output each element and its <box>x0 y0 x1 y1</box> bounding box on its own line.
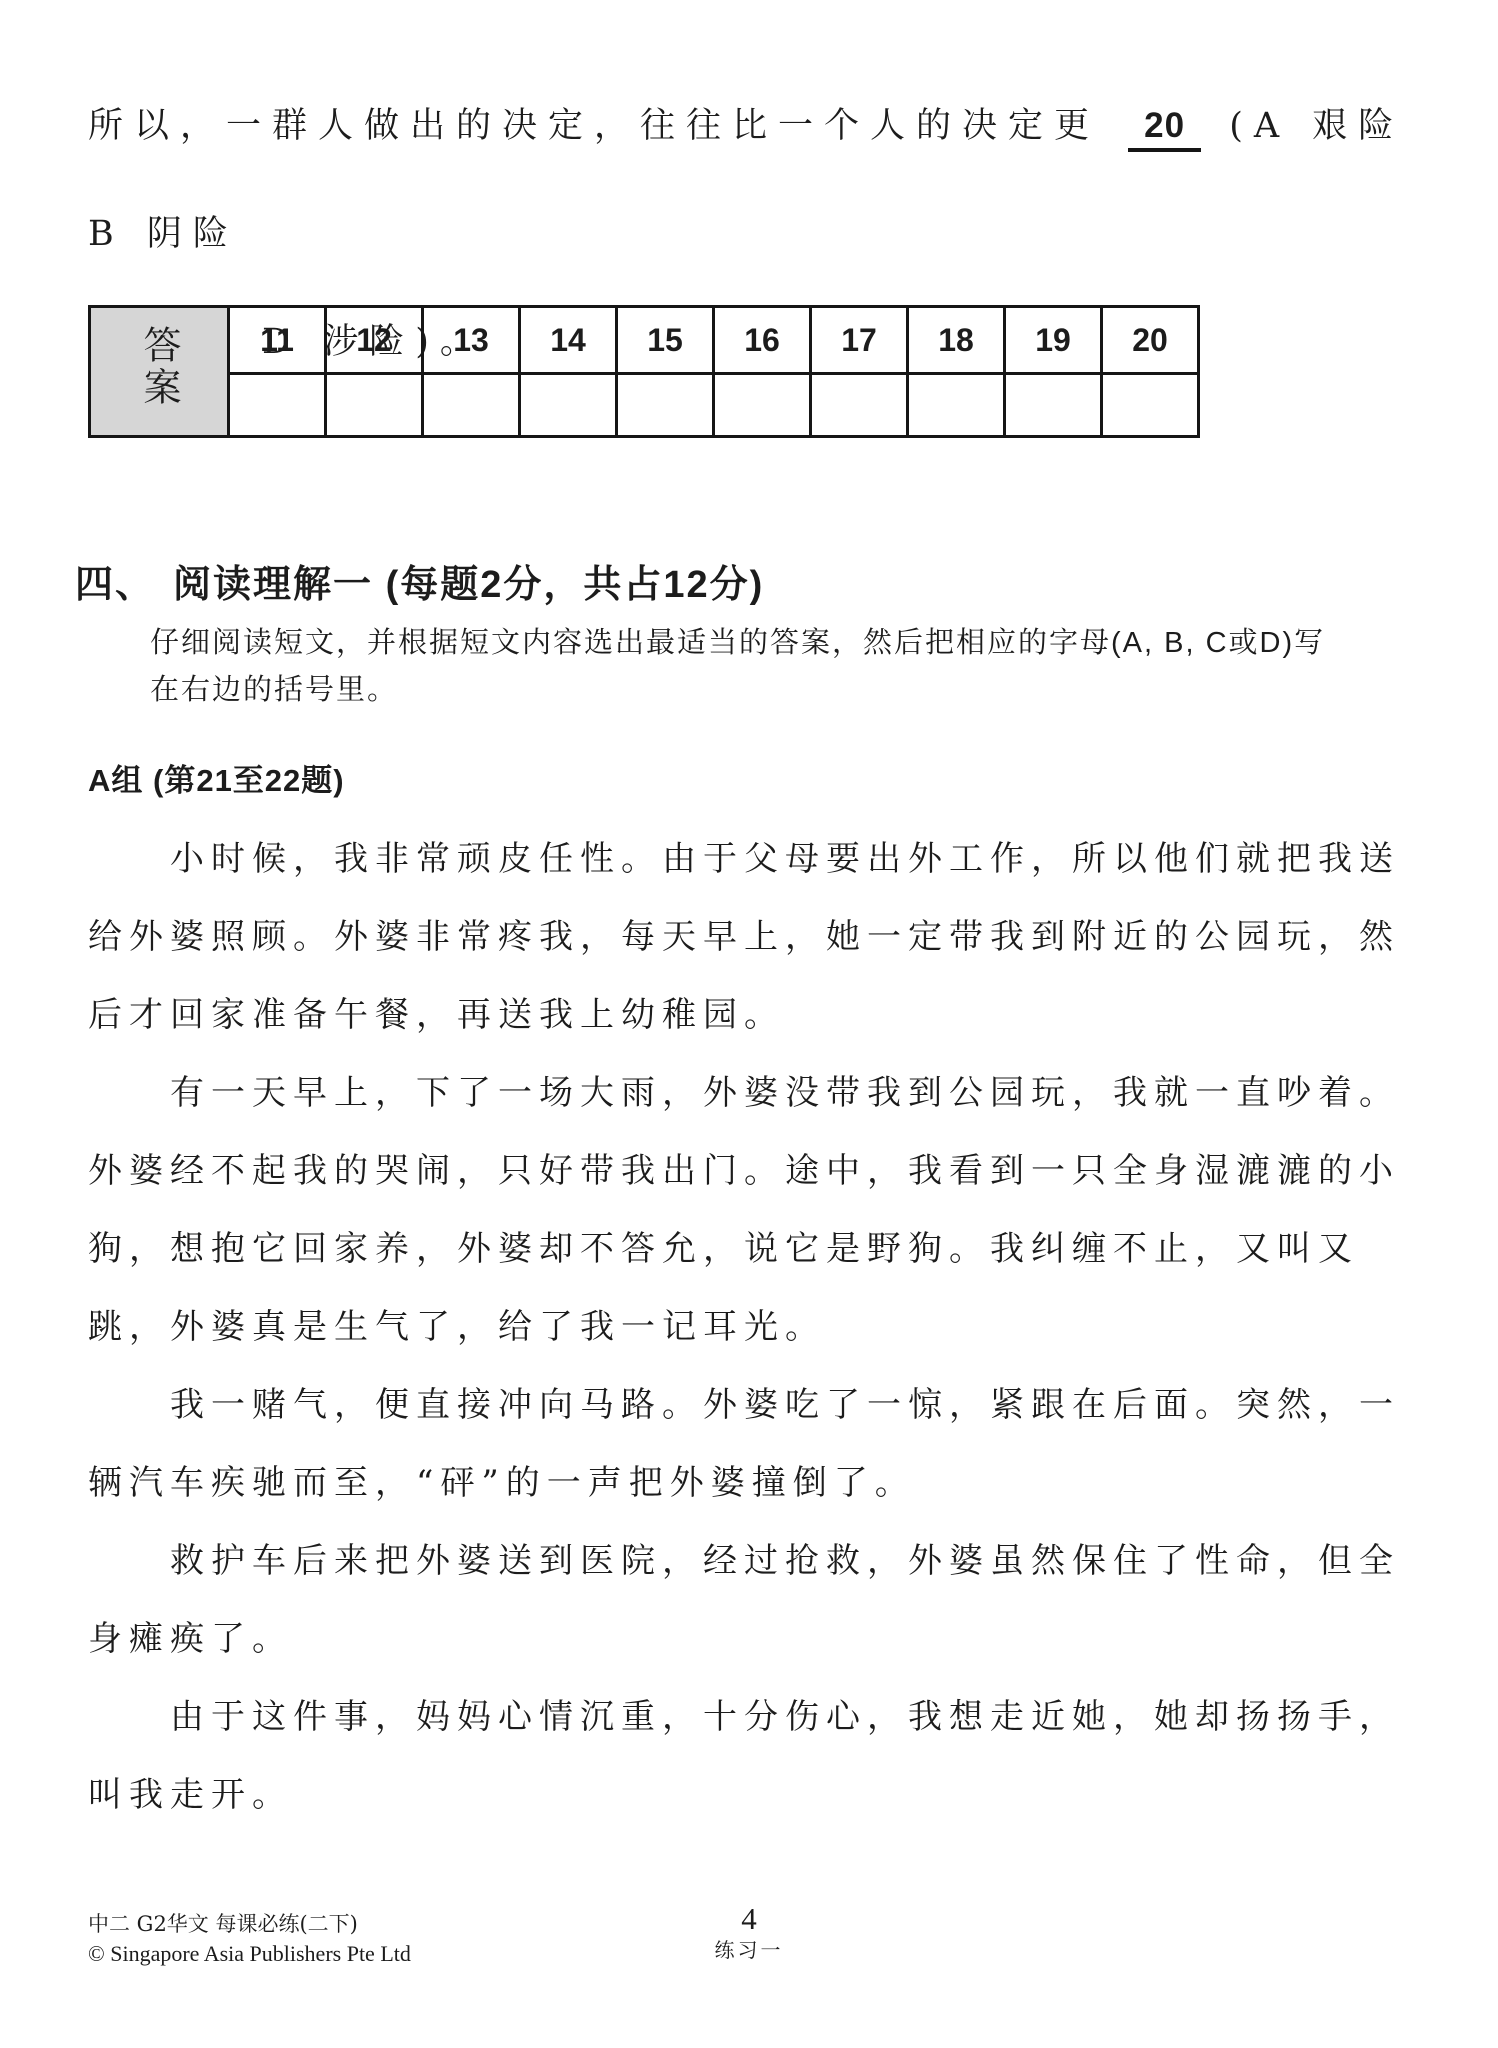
reading-passage: 小时候，我非常顽皮任性。由于父母要出外工作，所以他们就把我送 给外婆照顾。外婆非… <box>88 820 1448 1834</box>
passage-line: 我一赌气，便直接冲向马路。外婆吃了一惊，紧跟在后面。突然，一 <box>88 1366 1448 1444</box>
answer-col-17: 17 <box>811 307 908 374</box>
answer-col-13: 13 <box>423 307 520 374</box>
passage-line: 救护车后来把外婆送到医院，经过抢救，外婆虽然保住了性命，但全 <box>88 1522 1448 1600</box>
answer-table-label-cell: 答案 <box>90 307 229 437</box>
instructions-line1: 仔细阅读短文，并根据短文内容选出最适当的答案，然后把相应的字母(A, B, C或… <box>150 620 1450 667</box>
answer-cell-15 <box>617 374 714 437</box>
passage-line: 身瘫痪了。 <box>88 1600 1448 1678</box>
answer-cell-18 <box>908 374 1005 437</box>
answer-col-15: 15 <box>617 307 714 374</box>
answer-cell-13 <box>423 374 520 437</box>
answer-cell-20 <box>1102 374 1199 437</box>
footer-exercise-label: 练习一 <box>0 1936 1498 1964</box>
passage-line: 给外婆照顾。外婆非常疼我，每天早上，她一定带我到附近的公园玩，然 <box>88 898 1448 976</box>
cloze-blank-20: 20 <box>1128 107 1201 152</box>
answer-col-20: 20 <box>1102 307 1199 374</box>
answer-table-answer-row <box>90 374 1199 437</box>
answer-cell-17 <box>811 374 908 437</box>
section-instructions: 仔细阅读短文，并根据短文内容选出最适当的答案，然后把相应的字母(A, B, C或… <box>150 620 1450 714</box>
answer-col-11: 11 <box>229 307 326 374</box>
passage-line: 叫我走开。 <box>88 1756 1448 1834</box>
passage-line: 外婆经不起我的哭闹，只好带我出门。途中，我看到一只全身湿漉漉的小 <box>88 1132 1448 1210</box>
answer-cell-11 <box>229 374 326 437</box>
answer-cell-14 <box>520 374 617 437</box>
passage-line: 狗，想抱它回家养，外婆却不答允，说它是野狗。我纠缠不止，又叫又 <box>88 1210 1448 1288</box>
cloze-blank-number: 20 <box>1144 106 1185 145</box>
answer-cell-19 <box>1005 374 1102 437</box>
footer-center-block: 4 练习一 <box>0 1902 1498 1964</box>
section-heading: 四、阅读理解一 (每题2分，共占12分) <box>75 553 764 608</box>
passage-line: 小时候，我非常顽皮任性。由于父母要出外工作，所以他们就把我送 <box>88 820 1448 898</box>
instructions-line2: 在右边的括号里。 <box>150 667 1450 714</box>
answer-col-12: 12 <box>326 307 423 374</box>
answer-cell-16 <box>714 374 811 437</box>
passage-line: 有一天早上，下了一场大雨，外婆没带我到公园玩，我就一直吵着。 <box>88 1054 1448 1132</box>
answer-table-label: 答案 <box>140 325 178 409</box>
answer-col-19: 19 <box>1005 307 1102 374</box>
cloze-question-line1: 所以，一群人做出的决定，往往比一个人的决定更 20 (A 艰险 B 阴险 <box>88 72 1448 288</box>
answer-col-18: 18 <box>908 307 1005 374</box>
answer-cell-12 <box>326 374 423 437</box>
group-a-heading: A组 (第21至22题) <box>88 755 345 800</box>
cloze-text-before-blank: 所以，一群人做出的决定，往往比一个人的决定更 <box>88 106 1100 146</box>
answer-table-header-row: 答案 11 12 13 14 15 16 17 18 19 20 <box>90 307 1199 374</box>
answer-col-16: 16 <box>714 307 811 374</box>
page-number: 4 <box>0 1902 1498 1936</box>
answer-table: 答案 11 12 13 14 15 16 17 18 19 20 <box>88 305 1200 438</box>
workbook-page: 所以，一群人做出的决定，往往比一个人的决定更 20 (A 艰险 B 阴险 C 冒… <box>0 0 1498 2048</box>
passage-line: 跳，外婆真是生气了，给了我一记耳光。 <box>88 1288 1448 1366</box>
passage-line: 由于这件事，妈妈心情沉重，十分伤心，我想走近她，她却扬扬手， <box>88 1678 1448 1756</box>
passage-line: 辆汽车疾驰而至，“砰”的一声把外婆撞倒了。 <box>88 1444 1448 1522</box>
section-number: 四、 <box>75 564 155 606</box>
answer-col-14: 14 <box>520 307 617 374</box>
section-title: 阅读理解一 (每题2分，共占12分) <box>173 564 764 606</box>
passage-line: 后才回家准备午餐，再送我上幼稚园。 <box>88 976 1448 1054</box>
